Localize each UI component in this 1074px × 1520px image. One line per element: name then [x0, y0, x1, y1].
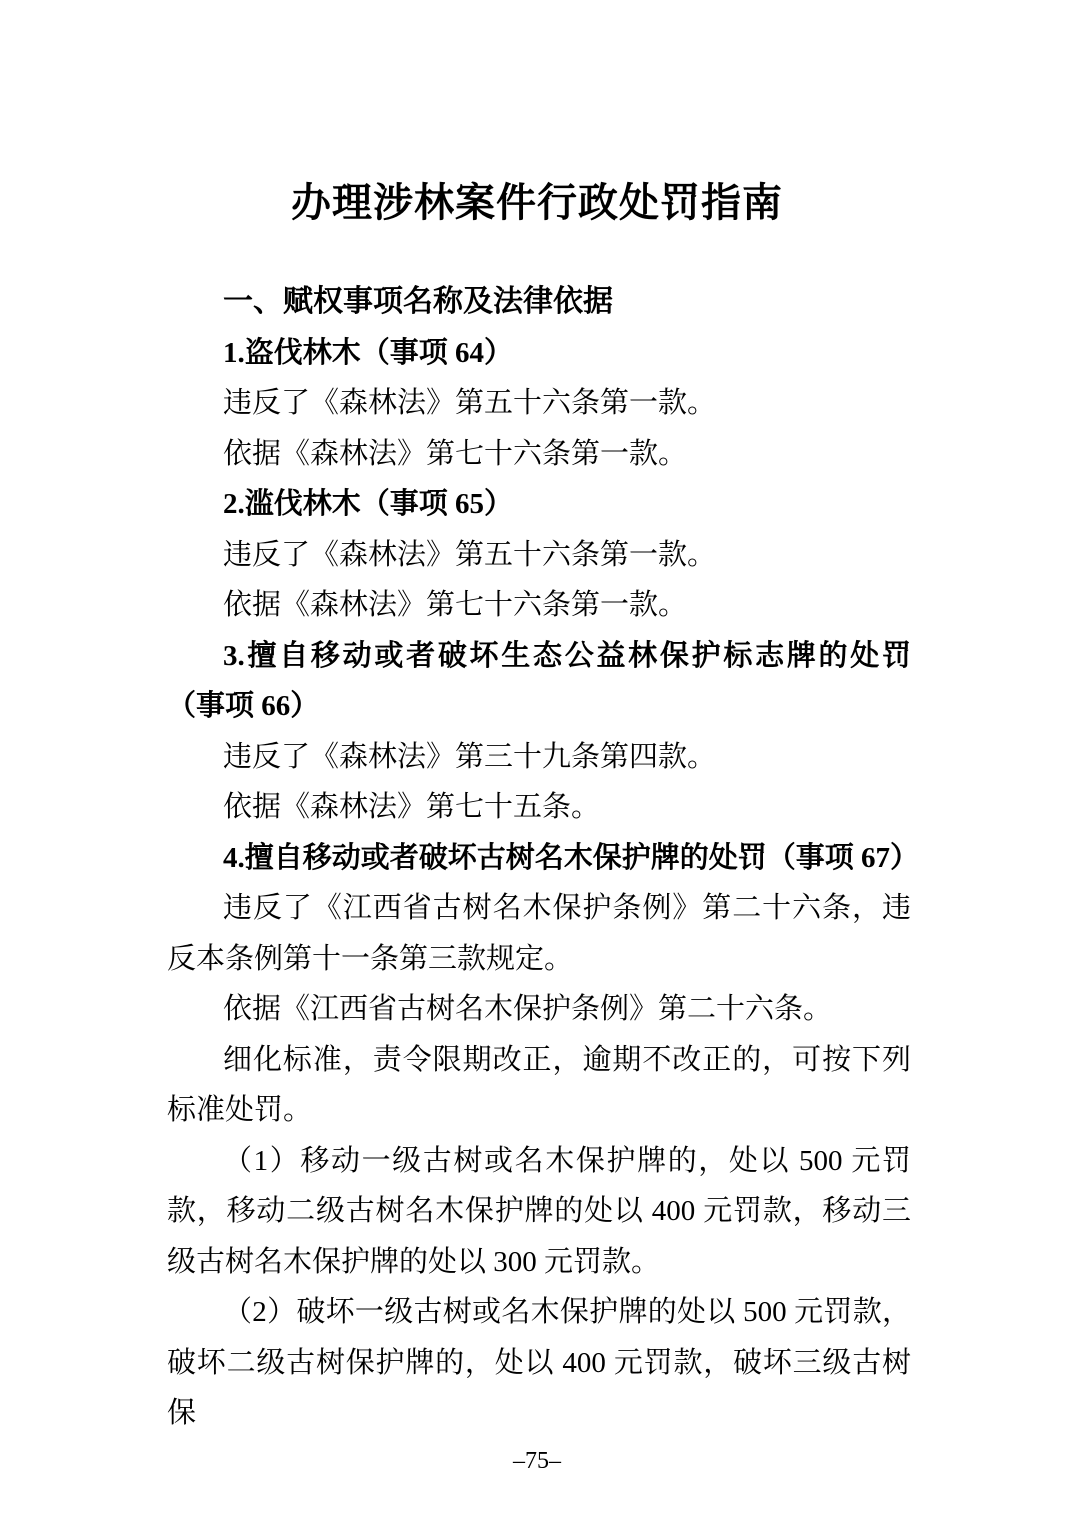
document-page: 办理涉林案件行政处罚指南 一、赋权事项名称及法律依据 1.盗伐林木（事项 64）…	[0, 0, 1074, 1520]
item-4-violation: 违反了《江西省古树名木保护条例》第二十六条，违反本条例第十一条第三款规定。	[167, 883, 911, 984]
item-4-standard-2: （2）破坏一级古树或名木保护牌的处以 500 元罚款，破坏二级古树保护牌的，处以…	[167, 1287, 911, 1439]
item-3-violation: 违反了《森林法》第三十九条第四款。	[167, 732, 911, 783]
document-title: 办理涉林案件行政处罚指南	[165, 174, 909, 232]
item-4-standard-intro: 细化标准，责令限期改正，逾期不改正的，可按下列标准处罚。	[167, 1035, 911, 1136]
item-4-standard-1: （1）移动一级古树或名木保护牌的，处以 500 元罚款，移动二级古树名木保护牌的…	[167, 1136, 911, 1288]
page-number: –75–	[0, 1446, 1074, 1476]
section-heading: 一、赋权事项名称及法律依据	[167, 277, 911, 328]
item-1-violation: 违反了《森林法》第五十六条第一款。	[167, 378, 911, 429]
item-4-heading: 4.擅自移动或者破坏古树名木保护牌的处罚（事项 67）	[167, 833, 911, 884]
item-2-heading: 2.滥伐林木（事项 65）	[167, 479, 911, 530]
document-body: 一、赋权事项名称及法律依据 1.盗伐林木（事项 64） 违反了《森林法》第五十六…	[167, 277, 911, 1439]
item-1-basis: 依据《森林法》第七十六条第一款。	[167, 429, 911, 480]
item-1-heading: 1.盗伐林木（事项 64）	[167, 328, 911, 379]
item-2-basis: 依据《森林法》第七十六条第一款。	[167, 580, 911, 631]
item-2-violation: 违反了《森林法》第五十六条第一款。	[167, 530, 911, 581]
item-3-heading: 3.擅自移动或者破坏生态公益林保护标志牌的处罚（事项 66）	[167, 631, 911, 732]
item-4-basis: 依据《江西省古树名木保护条例》第二十六条。	[167, 984, 911, 1035]
item-3-basis: 依据《森林法》第七十五条。	[167, 782, 911, 833]
